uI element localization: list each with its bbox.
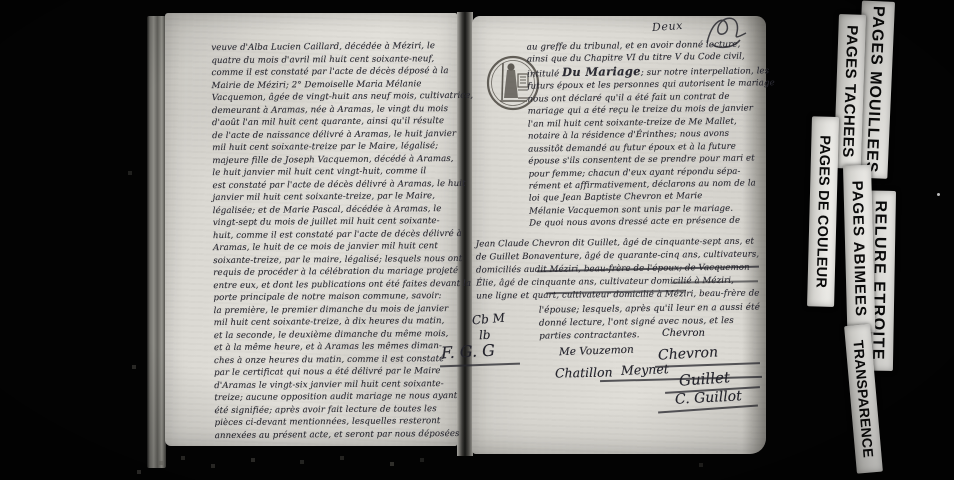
archive-label-pages-mouillees: PAGES MOUILLEES — [862, 2, 895, 179]
archive-label-pages-tachees: PAGES TACHEES — [839, 15, 866, 169]
handwritten-line: comme il est constaté par l'acte de décè… — [211, 65, 459, 80]
margin-paraph: Cb M — [471, 311, 505, 328]
right-page-handwriting-upper: au greffe du tribunal, et en avoir donné… — [527, 38, 762, 230]
left-page-handwriting: veuve d'Alba Lucien Caillard, décédée à … — [211, 40, 462, 442]
signature-meynet: Meynet — [621, 361, 669, 378]
scanned-register-view: veuve d'Alba Lucien Caillard, décédée à … — [0, 0, 954, 480]
margin-paraph: F. G. G — [441, 341, 496, 363]
book-page-edges — [147, 16, 166, 468]
archive-label-text: PAGES DE COULEUR — [807, 116, 839, 307]
right-page-handwriting-closing: l'épouse; lesquels, après qu'il leur en … — [539, 301, 770, 344]
handwritten-line: annexées au présent acte, et seront par … — [215, 427, 463, 442]
archive-label-pages-abimees: PAGES ABIMEES — [843, 165, 871, 332]
line-text: intitulé — [527, 69, 562, 79]
archive-label-transparence: TRANSPARENCE — [844, 324, 870, 472]
signature-chatillon: Chatillon — [555, 364, 613, 380]
folio-note: Deux — [652, 19, 684, 34]
line-text: ; sur notre interpellation, les — [641, 66, 769, 78]
archive-label-text: PAGES ABIMEES — [843, 165, 875, 333]
signature-chevron: Chevron — [662, 328, 705, 339]
archive-label-pages-de-couleur: PAGES DE COULEUR — [812, 117, 839, 307]
du-mariage-heading: Du Mariage — [562, 64, 641, 79]
dust-speckles — [0, 0, 2, 2]
film-speck — [937, 193, 940, 196]
